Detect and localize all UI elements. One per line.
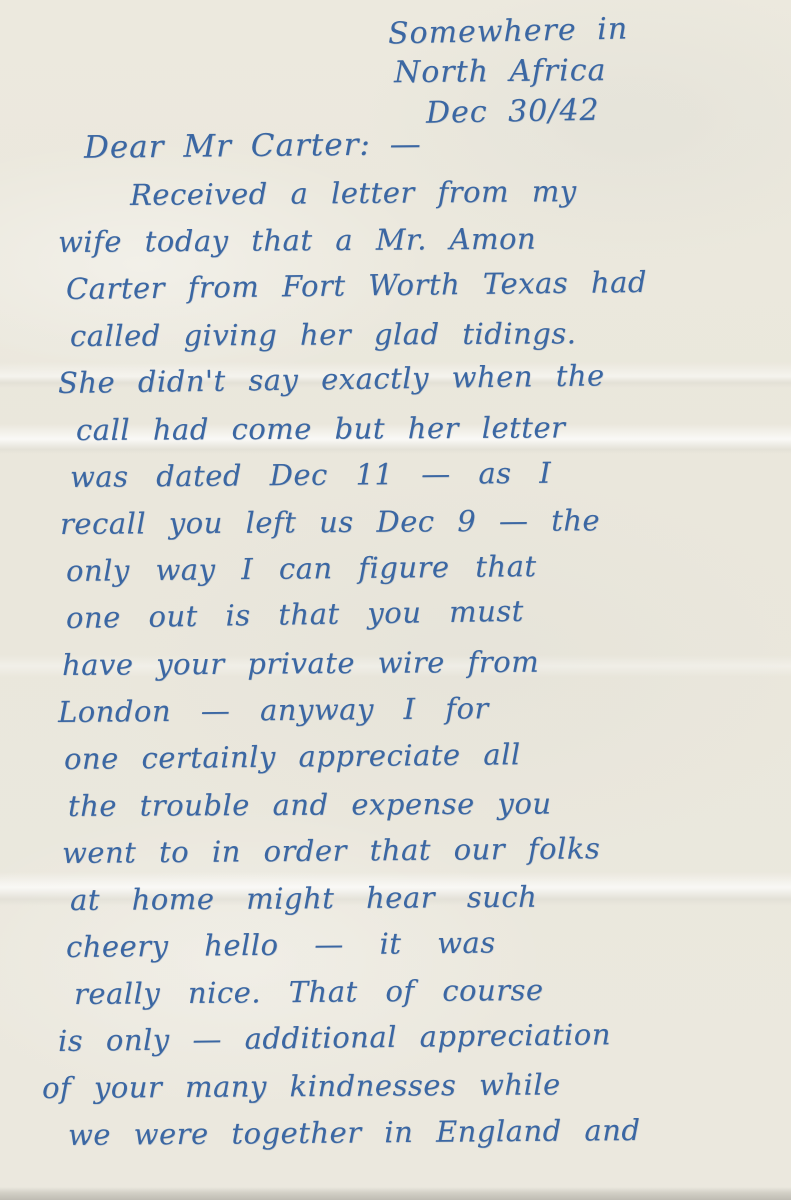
letter-line: She didn't say exactly when the: [58, 350, 759, 407]
letter-heading: Somewhere in North Africa Dec 30/42: [388, 12, 628, 132]
letter-line: went to in order that our folks: [62, 824, 758, 877]
heading-line-place: Somewhere in: [388, 9, 629, 54]
salutation: Dear Mr Carter: —: [84, 126, 422, 166]
letter-line: at home might hear such: [70, 872, 758, 924]
letter-line: recall you left us Dec 9 — the: [60, 496, 758, 548]
letter-line: one out is that you must: [66, 584, 759, 642]
letter-line: call had come but her letter: [76, 403, 758, 454]
letter-line: one certainly appreciate all: [64, 729, 758, 783]
letter-line: we were together in England and: [68, 1106, 758, 1159]
letter-line: is only — additional appreciation: [58, 1009, 759, 1065]
letter-line: Received a letter from my: [130, 167, 758, 219]
heading-line-region: North Africa: [394, 51, 629, 93]
letter-line: the trouble and expense you: [68, 779, 758, 830]
letter-line: London — anyway I for: [58, 683, 758, 736]
heading-line-date: Dec 30/42: [426, 90, 629, 134]
letter-line: have your private wire from: [62, 637, 758, 689]
letter-line: of your many kindnesses while: [42, 1060, 758, 1112]
letter-body: Received a letter from my wife today tha…: [58, 172, 758, 1159]
letter-line: cheery hello — it was: [66, 917, 758, 971]
scan-bottom-edge: [0, 1187, 791, 1200]
letter-line: Carter from Fort Worth Texas had: [66, 258, 759, 313]
letter-line: was dated Dec 11 — as I: [70, 448, 758, 501]
letter-page: Somewhere in North Africa Dec 30/42 Dear…: [0, 0, 791, 1200]
